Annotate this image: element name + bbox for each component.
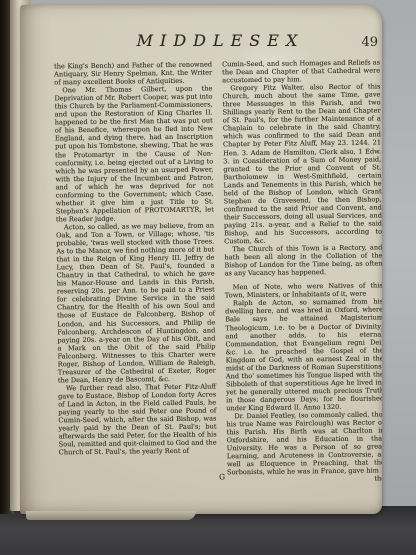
paragraph: Acton, so called, as we may believe, fro… bbox=[56, 221, 216, 384]
paragraph: Ralph de Acton, so surnamed from his dwe… bbox=[225, 298, 382, 413]
page-stack-edge bbox=[26, 511, 196, 520]
paragraph: Gregory Fitz Walter, also Rector of this… bbox=[222, 83, 382, 246]
text-block: the King's Bench) and Father of the reno… bbox=[54, 58, 382, 502]
paragraph: One Mr. Thomas Gilbert, upon the Depriva… bbox=[54, 85, 214, 224]
paragraph-continuation: Cumin-Seed, and such Homages and Reliefs… bbox=[222, 58, 380, 84]
paragraph-continuation: the King's Bench) and Father of the reno… bbox=[54, 60, 212, 86]
left-column: the King's Bench) and Father of the reno… bbox=[54, 60, 217, 456]
running-header: MIDDLESEX 49 bbox=[54, 31, 380, 53]
paragraph: The Church of this Town is a Rectory, an… bbox=[224, 243, 382, 277]
county-title: MIDDLESEX bbox=[130, 31, 305, 50]
book-page: MIDDLESEX 49 the King's Bench) and Fathe… bbox=[20, 5, 382, 514]
paragraph: Dr. Daniel Featley, (so commonly called,… bbox=[226, 410, 382, 476]
page-number: 49 bbox=[361, 35, 378, 50]
right-column: Cumin-Seed, and such Homages and Reliefs… bbox=[222, 58, 382, 484]
paragraph: We further read also, That Peter Fitz-Al… bbox=[58, 382, 217, 456]
